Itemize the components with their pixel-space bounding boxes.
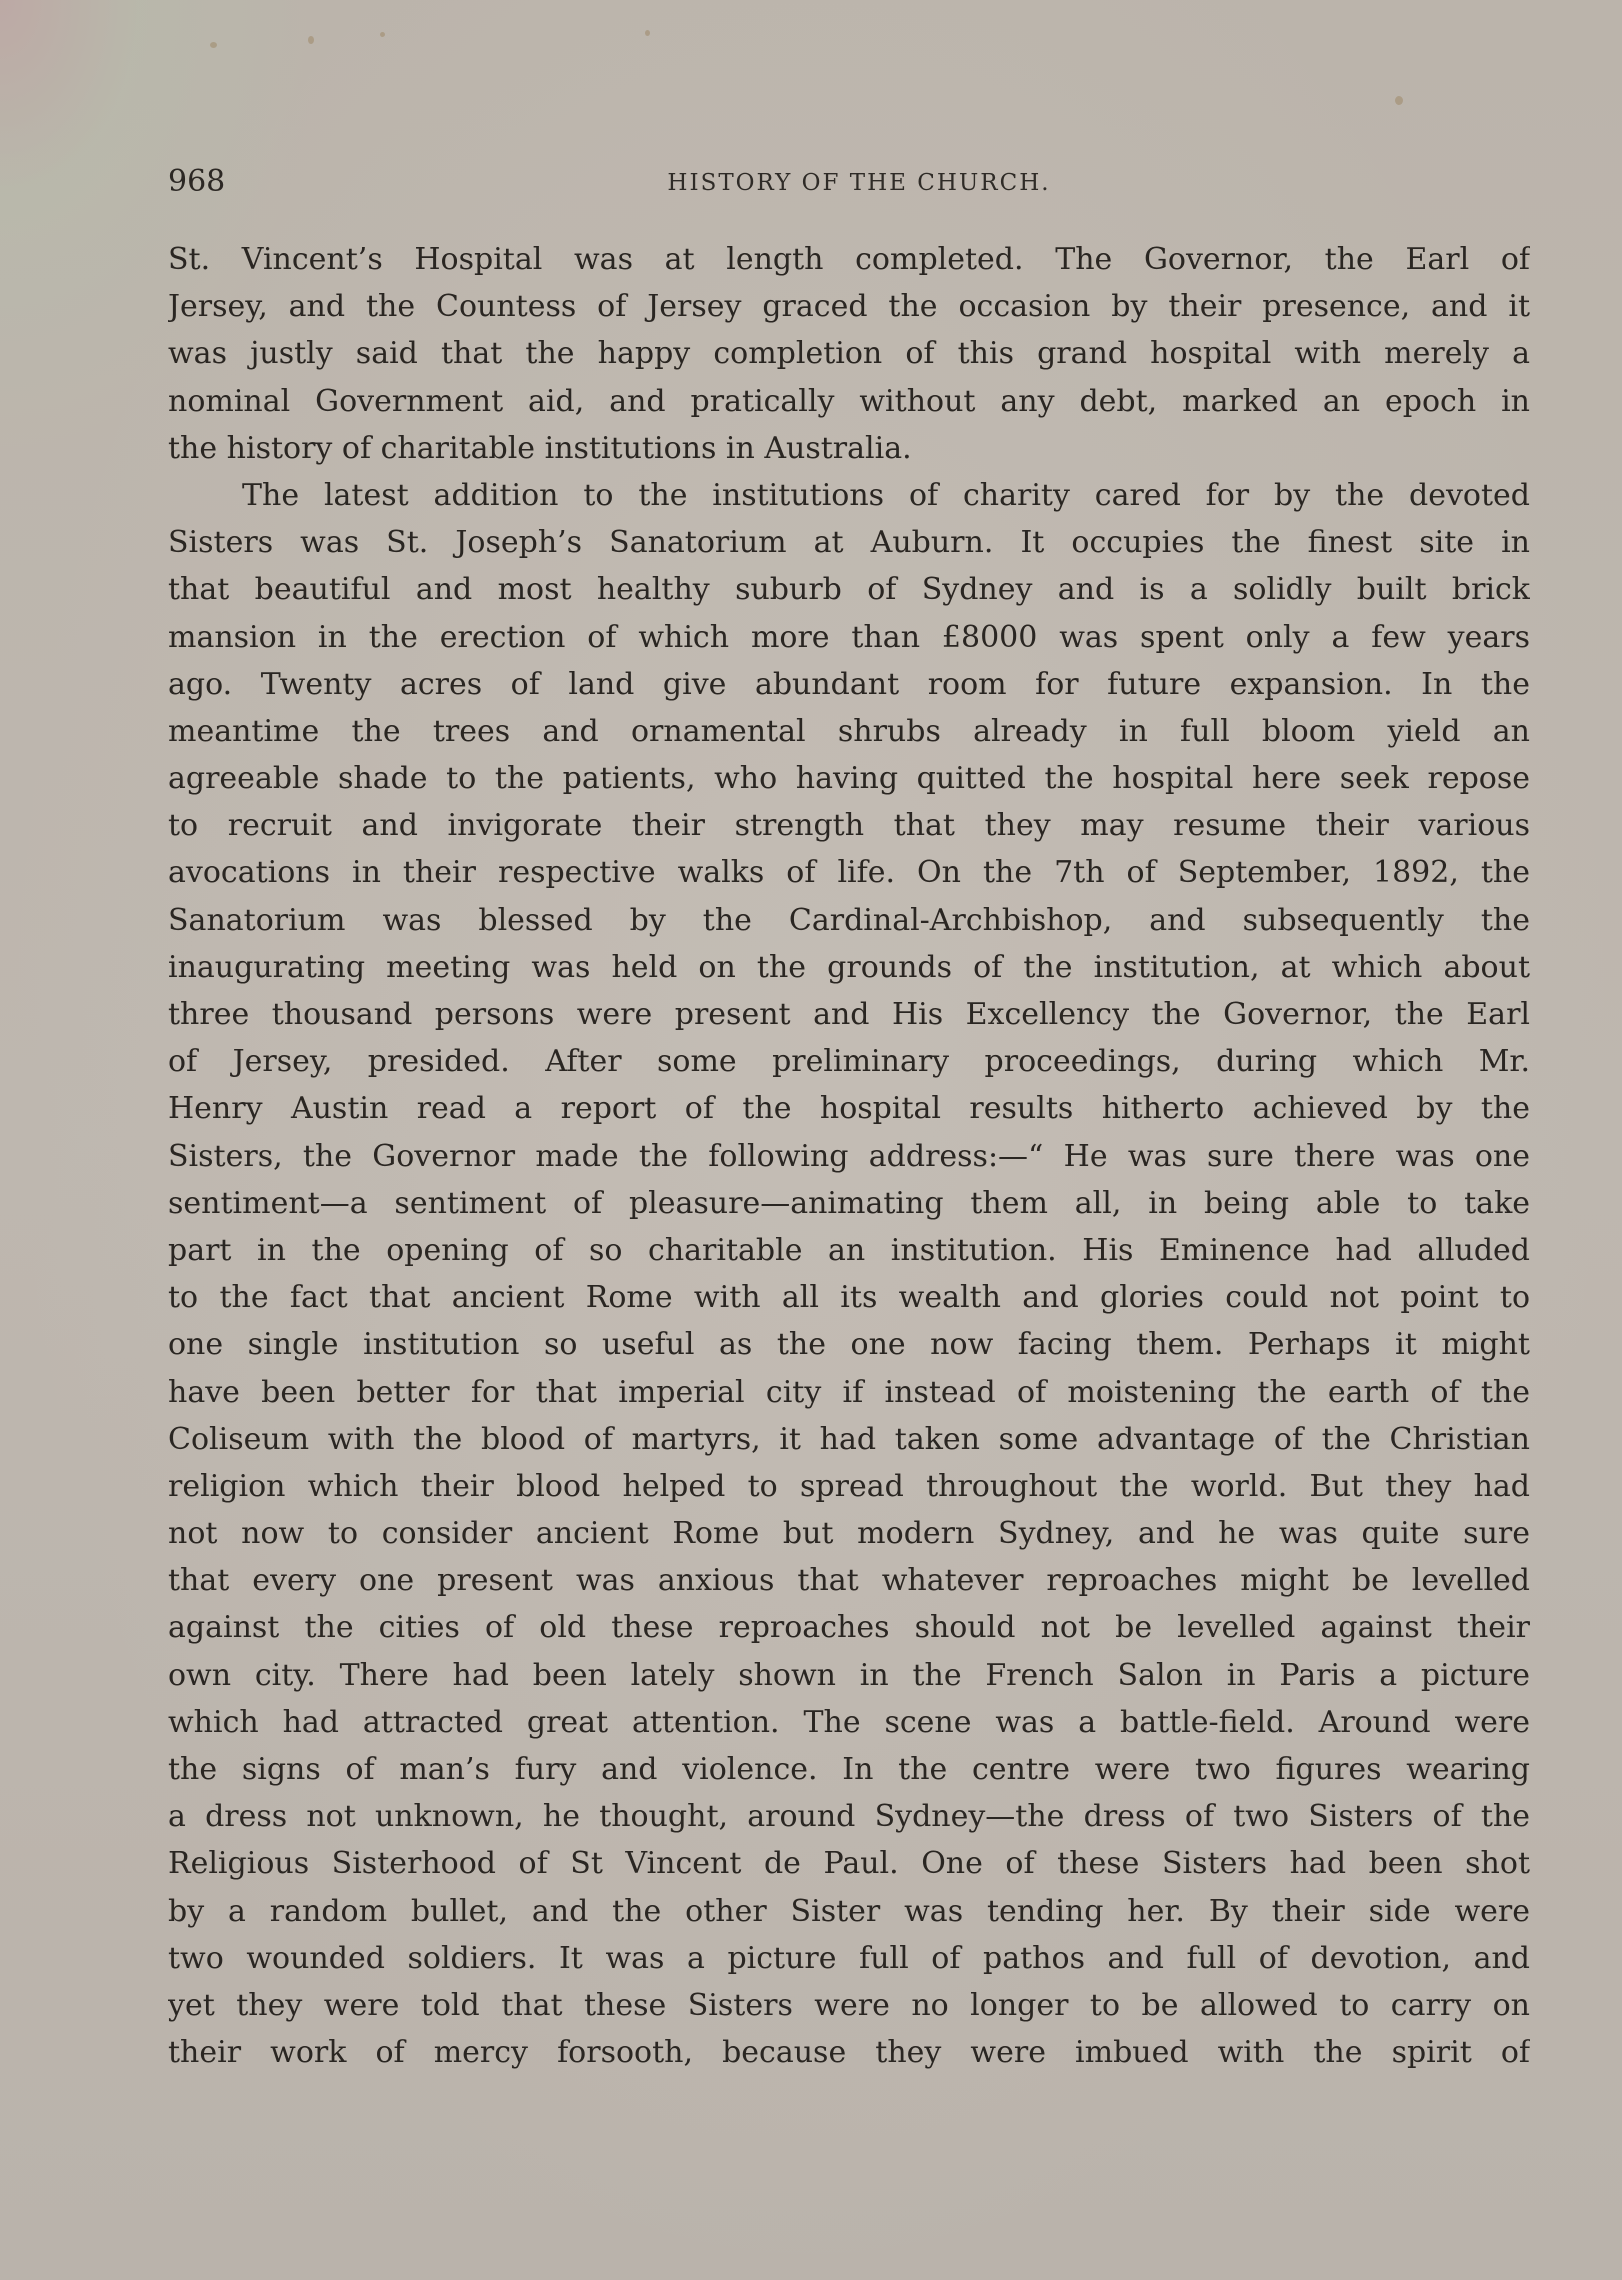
text-line: that beautiful and most healthy suburb o… <box>168 566 1530 613</box>
text-line: Sanatorium was blessed by the Cardinal-A… <box>168 897 1530 944</box>
paper-speck <box>1395 96 1403 105</box>
text-line: Religious Sisterhood of St Vincent de Pa… <box>168 1840 1530 1887</box>
text-line: religion which their blood helped to spr… <box>168 1463 1530 1510</box>
text-line: a dress not unknown, he thought, around … <box>168 1793 1530 1840</box>
paper-speck <box>380 32 385 37</box>
paragraph: The latest addition to the institutions … <box>168 472 1530 2076</box>
text-line: ago. Twenty acres of land give abundant … <box>168 661 1530 708</box>
text-line: inaugurating meeting was held on the gro… <box>168 944 1530 991</box>
paper-speck <box>210 42 217 48</box>
running-title: HISTORY OF THE CHURCH. <box>168 170 1530 196</box>
paper-speck <box>308 36 314 44</box>
text-line: three thousand persons were present and … <box>168 991 1530 1038</box>
paragraph: St. Vincent’s Hospital was at length com… <box>168 236 1530 472</box>
text-line: two wounded soldiers. It was a picture f… <box>168 1935 1530 1982</box>
text-line: agreeable shade to the patients, who hav… <box>168 755 1530 802</box>
text-line: Sisters, the Governor made the following… <box>168 1133 1530 1180</box>
text-line: not now to consider ancient Rome but mod… <box>168 1510 1530 1557</box>
text-line: The latest addition to the institutions … <box>168 472 1530 519</box>
text-line: meantime the trees and ornamental shrubs… <box>168 708 1530 755</box>
book-page: 968 HISTORY OF THE CHURCH. St. Vincent’s… <box>0 0 1622 2280</box>
text-line: nominal Government aid, and pratically w… <box>168 378 1530 425</box>
text-line: the signs of man’s fury and violence. In… <box>168 1746 1530 1793</box>
text-line: was justly said that the happy completio… <box>168 330 1530 377</box>
text-line: own city. There had been lately shown in… <box>168 1652 1530 1699</box>
body-text: St. Vincent’s Hospital was at length com… <box>168 236 1530 2076</box>
text-line: Sisters was St. Joseph’s Sanatorium at A… <box>168 519 1530 566</box>
text-line: of Jersey, presided. After some prelimin… <box>168 1038 1530 1085</box>
text-line: by a random bullet, and the other Sister… <box>168 1888 1530 1935</box>
text-line: mansion in the erection of which more th… <box>168 614 1530 661</box>
running-header: 968 HISTORY OF THE CHURCH. <box>168 160 1530 204</box>
text-line: to the fact that ancient Rome with all i… <box>168 1274 1530 1321</box>
text-line: St. Vincent’s Hospital was at length com… <box>168 236 1530 283</box>
text-line: that every one present was anxious that … <box>168 1557 1530 1604</box>
text-line: against the cities of old these reproach… <box>168 1604 1530 1651</box>
text-line: their work of mercy forsooth, because th… <box>168 2029 1530 2076</box>
text-line: the history of charitable institutions i… <box>168 425 1530 472</box>
text-line: part in the opening of so charitable an … <box>168 1227 1530 1274</box>
text-line: Henry Austin read a report of the hospit… <box>168 1085 1530 1132</box>
text-line: Jersey, and the Countess of Jersey grace… <box>168 283 1530 330</box>
text-line: avocations in their respective walks of … <box>168 849 1530 896</box>
text-line: Coliseum with the blood of martyrs, it h… <box>168 1416 1530 1463</box>
text-line: which had attracted great attention. The… <box>168 1699 1530 1746</box>
text-line: to recruit and invigorate their strength… <box>168 802 1530 849</box>
text-line: one single institution so useful as the … <box>168 1321 1530 1368</box>
text-line: have been better for that imperial city … <box>168 1369 1530 1416</box>
text-line: yet they were told that these Sisters we… <box>168 1982 1530 2029</box>
text-line: sentiment—a sentiment of pleasure—animat… <box>168 1180 1530 1227</box>
paper-speck <box>645 30 650 36</box>
